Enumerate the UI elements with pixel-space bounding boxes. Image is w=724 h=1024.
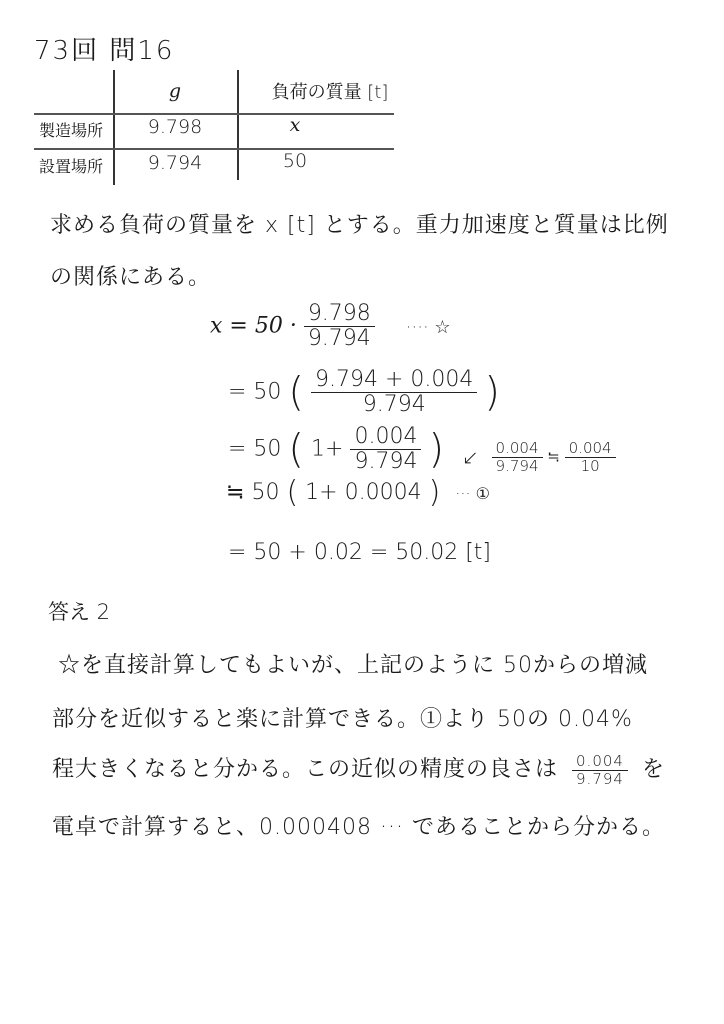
star-marker: ···· ☆	[406, 317, 451, 338]
equation-5: = 50 + 0.02 = 50.02 [t]	[228, 540, 491, 565]
side-note: ↙ 0.004 9.794 ≒ 0.004 10	[462, 440, 616, 474]
explanation-line-4: 電卓で計算すると、0.000408 ··· であることから分かる。	[52, 810, 665, 841]
data-table: g 負荷の質量 [t] 製造場所 9.798 x 設置場所 9.794 50	[30, 70, 410, 190]
table-header-g: g	[120, 80, 230, 102]
page-title: 73回 問16	[34, 30, 174, 67]
table-cell-mass: 50	[245, 150, 345, 172]
table-divider	[113, 70, 115, 185]
table-header-mass: 負荷の質量 [t]	[245, 78, 415, 104]
intro-line-2: の関係にある。	[50, 260, 211, 291]
eq3-fraction: 0.004 9.794	[350, 425, 421, 474]
answer-label: 答え 2	[48, 596, 110, 626]
equation-2: = 50 ( 9.794 + 0.004 9.794 )	[228, 368, 500, 417]
equation-1: x = 50 · 9.798 9.794 ···· ☆	[210, 302, 451, 351]
explanation-line-2: 部分を近似すると楽に計算できる。①より 50の 0.04%	[52, 702, 633, 733]
eq2-fraction: 9.794 + 0.004 9.794	[311, 368, 477, 417]
accuracy-fraction: 0.004 9.794	[572, 753, 628, 787]
table-cell-g: 9.794	[120, 152, 230, 174]
equation-3: = 50 ( 1+ 0.004 9.794 )	[228, 425, 444, 474]
eq1-lhs: x = 50 ·	[210, 314, 297, 339]
explanation-line-3: 程大きくなると分かる。この近似の精度の良さは 0.004 9.794 を	[52, 752, 665, 787]
table-row-label: 設置場所	[30, 154, 112, 177]
circle-one-marker: ··· ①	[455, 484, 490, 503]
table-divider	[237, 70, 239, 180]
eq1-fraction: 9.798 9.794	[304, 302, 375, 351]
arrow-icon: ↙	[462, 445, 479, 469]
table-cell-mass: x	[245, 114, 345, 136]
intro-line-1: 求める負荷の質量を x [t] とする。重力加速度と質量は比例	[50, 208, 669, 239]
explanation-line-1: ☆を直接計算してもよいが、上記のように 50からの増減	[58, 648, 648, 679]
equation-4: ≒ 50 ( 1+ 0.0004 ) ··· ①	[226, 478, 490, 508]
table-cell-g: 9.798	[120, 116, 230, 138]
table-row-label: 製造場所	[30, 118, 112, 141]
